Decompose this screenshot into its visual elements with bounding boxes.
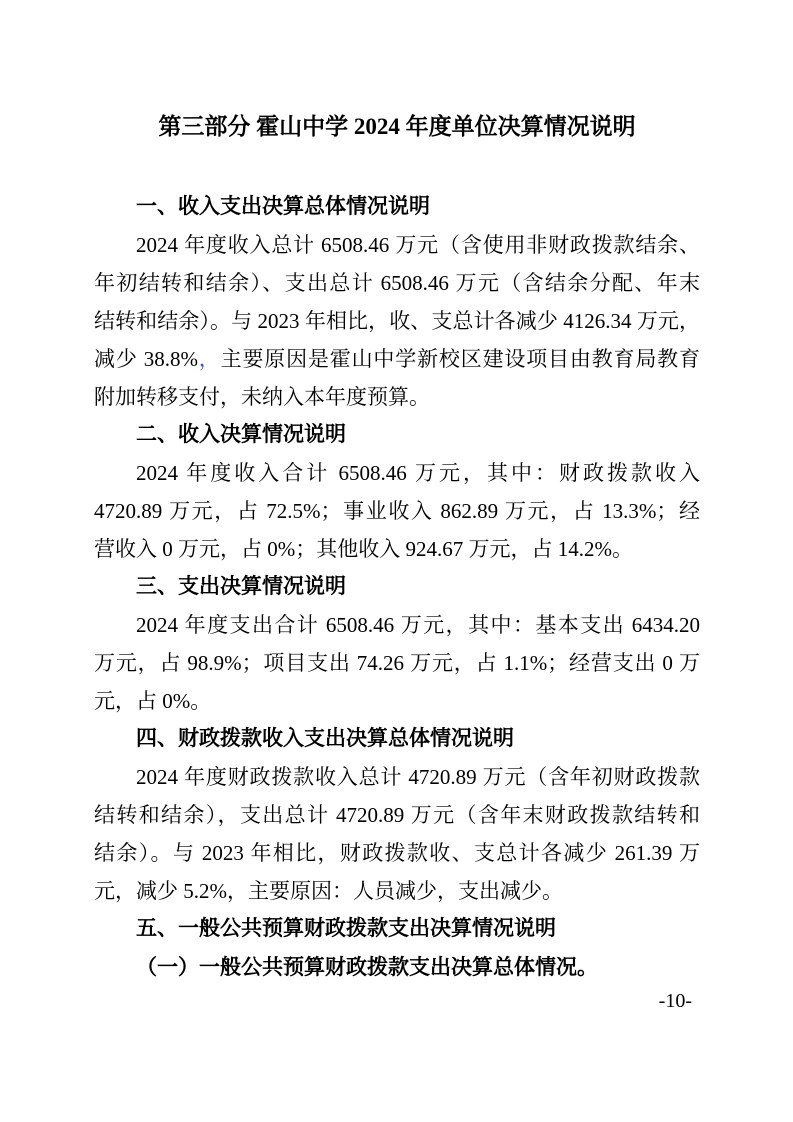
paragraph-line: 元，占 0%。 [94,682,700,720]
paragraph-line: 元，减少 5.2%，主要原因：人员减少，支出减少。 [94,872,700,910]
highlighted-comma: ， [198,347,221,371]
paragraph-line: 年初结转和结余）、支出总计 6508.46 万元（含结余分配、年末 [94,264,700,302]
paragraph-line: 2024 年度支出合计 6508.46 万元，其中：基本支出 6434.20 [94,606,700,644]
text-run: 减少 38.8% [94,347,198,371]
paragraph-line: 减少 38.8%，主要原因是霍山中学新校区建设项目由教育局教育 [94,340,700,378]
section-2-heading: 二、收入决算情况说明 [94,416,700,454]
section-1-heading: 一、收入支出决算总体情况说明 [94,188,700,226]
page-number: -10- [659,988,692,1014]
document-page: 第三部分 霍山中学 2024 年度单位决算情况说明 一、收入支出决算总体情况说明… [0,0,793,1122]
section-5-heading: 五、一般公共预算财政拨款支出决算情况说明 [94,910,700,948]
paragraph-line: 附加转移支付，未纳入本年度预算。 [94,378,700,416]
text-run: 主要原因是霍山中学新校区建设项目由教育局教育 [221,347,700,371]
paragraph-line: 结转和结余）。与 2023 年相比，收、支总计各减少 4126.34 万元， [94,302,700,340]
paragraph-line: 2024 年度财政拨款收入总计 4720.89 万元（含年初财政拨款 [94,758,700,796]
paragraph-line: 4720.89 万元，占 72.5%；事业收入 862.89 万元，占 13.3… [94,492,700,530]
section-5-subheading: （一）一般公共预算财政拨款支出决算总体情况。 [94,948,700,986]
page-title: 第三部分 霍山中学 2024 年度单位决算情况说明 [94,108,700,146]
paragraph-line: 2024 年度收入合计 6508.46 万元，其中：财政拨款收入 [94,454,700,492]
paragraph-line: 结转和结余），支出总计 4720.89 万元（含年末财政拨款结转和 [94,796,700,834]
section-3-heading: 三、支出决算情况说明 [94,568,700,606]
document-content: 第三部分 霍山中学 2024 年度单位决算情况说明 一、收入支出决算总体情况说明… [94,0,700,986]
paragraph-line: 营收入 0 万元，占 0%；其他收入 924.67 万元，占 14.2%。 [94,530,700,568]
paragraph-line: 万元，占 98.9%；项目支出 74.26 万元，占 1.1%；经营支出 0 万 [94,644,700,682]
section-4-heading: 四、财政拨款收入支出决算总体情况说明 [94,720,700,758]
paragraph-line: 2024 年度收入总计 6508.46 万元（含使用非财政拨款结余、 [94,226,700,264]
paragraph-line: 结余）。与 2023 年相比，财政拨款收、支总计各减少 261.39 万 [94,834,700,872]
